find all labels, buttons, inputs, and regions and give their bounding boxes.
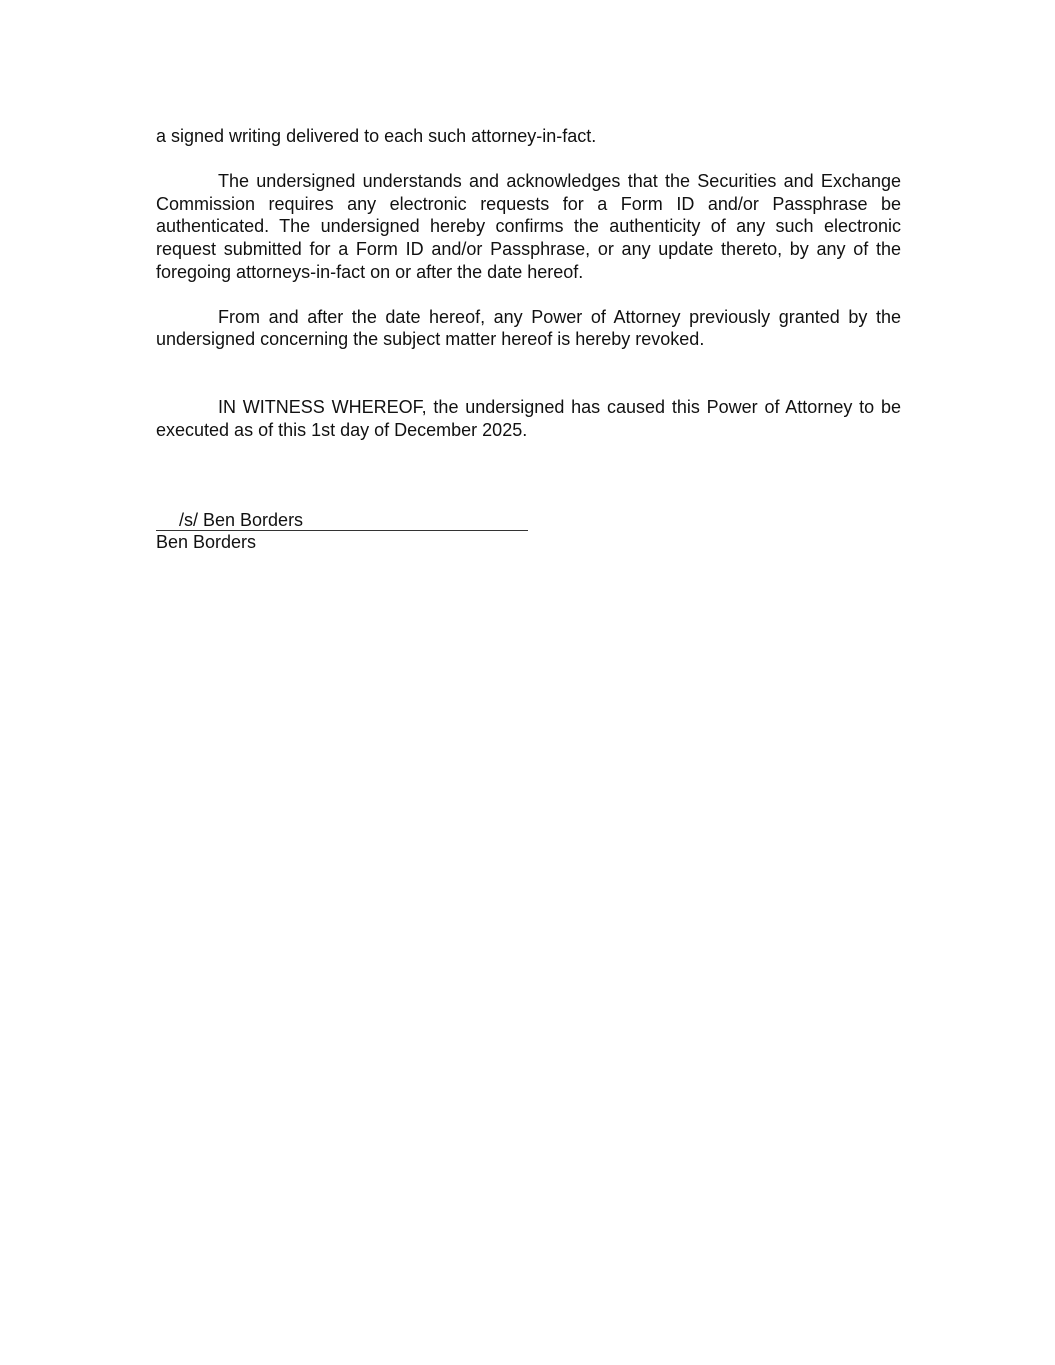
paragraph-revocation: From and after the date hereof, any Powe… (156, 306, 901, 351)
signer-name: Ben Borders (156, 531, 901, 554)
paragraph-continuation: a signed writing delivered to each such … (156, 125, 901, 148)
paragraph-witness: IN WITNESS WHEREOF, the undersigned has … (156, 396, 901, 441)
document-page: a signed writing delivered to each such … (156, 125, 901, 554)
signature-line: /s/ Ben Borders (156, 509, 528, 531)
signature-text: /s/ Ben Borders (179, 510, 303, 530)
signature-block: /s/ Ben Borders Ben Borders (156, 509, 901, 554)
paragraph-sec-authentication: The undersigned understands and acknowle… (156, 170, 901, 283)
